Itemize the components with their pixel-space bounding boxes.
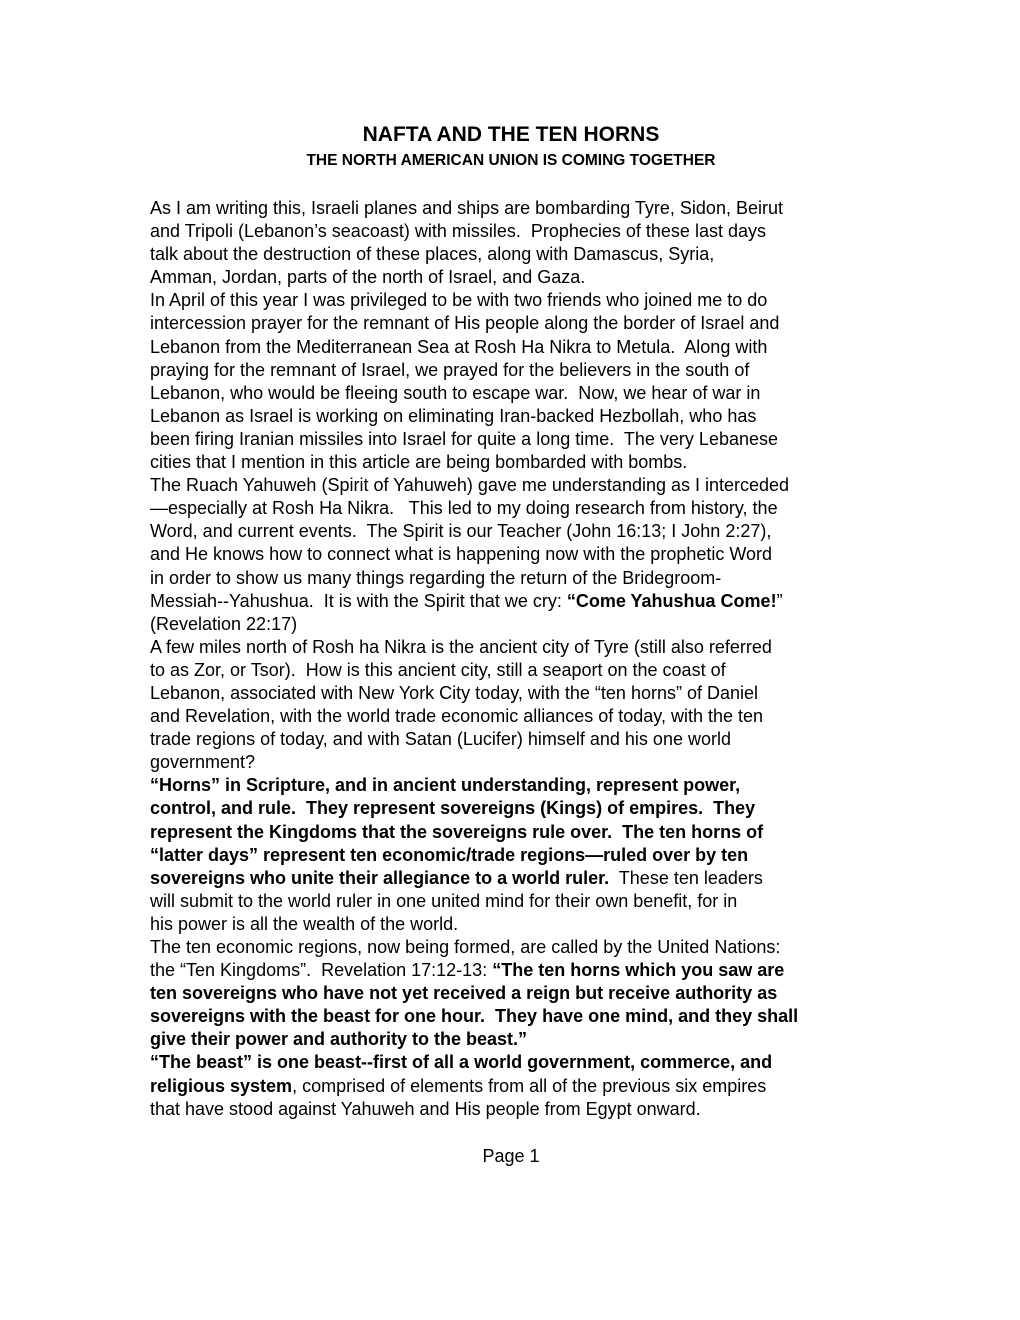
body-paragraph: “The beast” is one beast--first of all a…	[150, 1051, 885, 1120]
body-paragraph: In April of this year I was privileged t…	[150, 289, 885, 474]
text-run: In April of this year I was privileged t…	[150, 290, 779, 472]
document-title: NAFTA AND THE TEN HORNS	[150, 121, 872, 148]
page-number: Page 1	[150, 1145, 872, 1168]
bold-text-run: “Come Yahushua Come!	[567, 591, 777, 611]
document-page: NAFTA AND THE TEN HORNS THE NORTH AMERIC…	[0, 0, 1020, 1320]
document-body: As I am writing this, Israeli planes and…	[150, 197, 885, 1121]
text-run: As I am writing this, Israeli planes and…	[150, 198, 783, 287]
document-subtitle: THE NORTH AMERICAN UNION IS COMING TOGET…	[150, 149, 872, 173]
body-paragraph: The ten economic regions, now being form…	[150, 936, 885, 1051]
text-run: A few miles north of Rosh ha Nikra is th…	[150, 637, 772, 772]
body-paragraph: The Ruach Yahuweh (Spirit of Yahuweh) ga…	[150, 474, 885, 636]
body-paragraph: “Horns” in Scripture, and in ancient und…	[150, 774, 885, 936]
body-paragraph: A few miles north of Rosh ha Nikra is th…	[150, 636, 885, 775]
body-paragraph: As I am writing this, Israeli planes and…	[150, 197, 885, 289]
